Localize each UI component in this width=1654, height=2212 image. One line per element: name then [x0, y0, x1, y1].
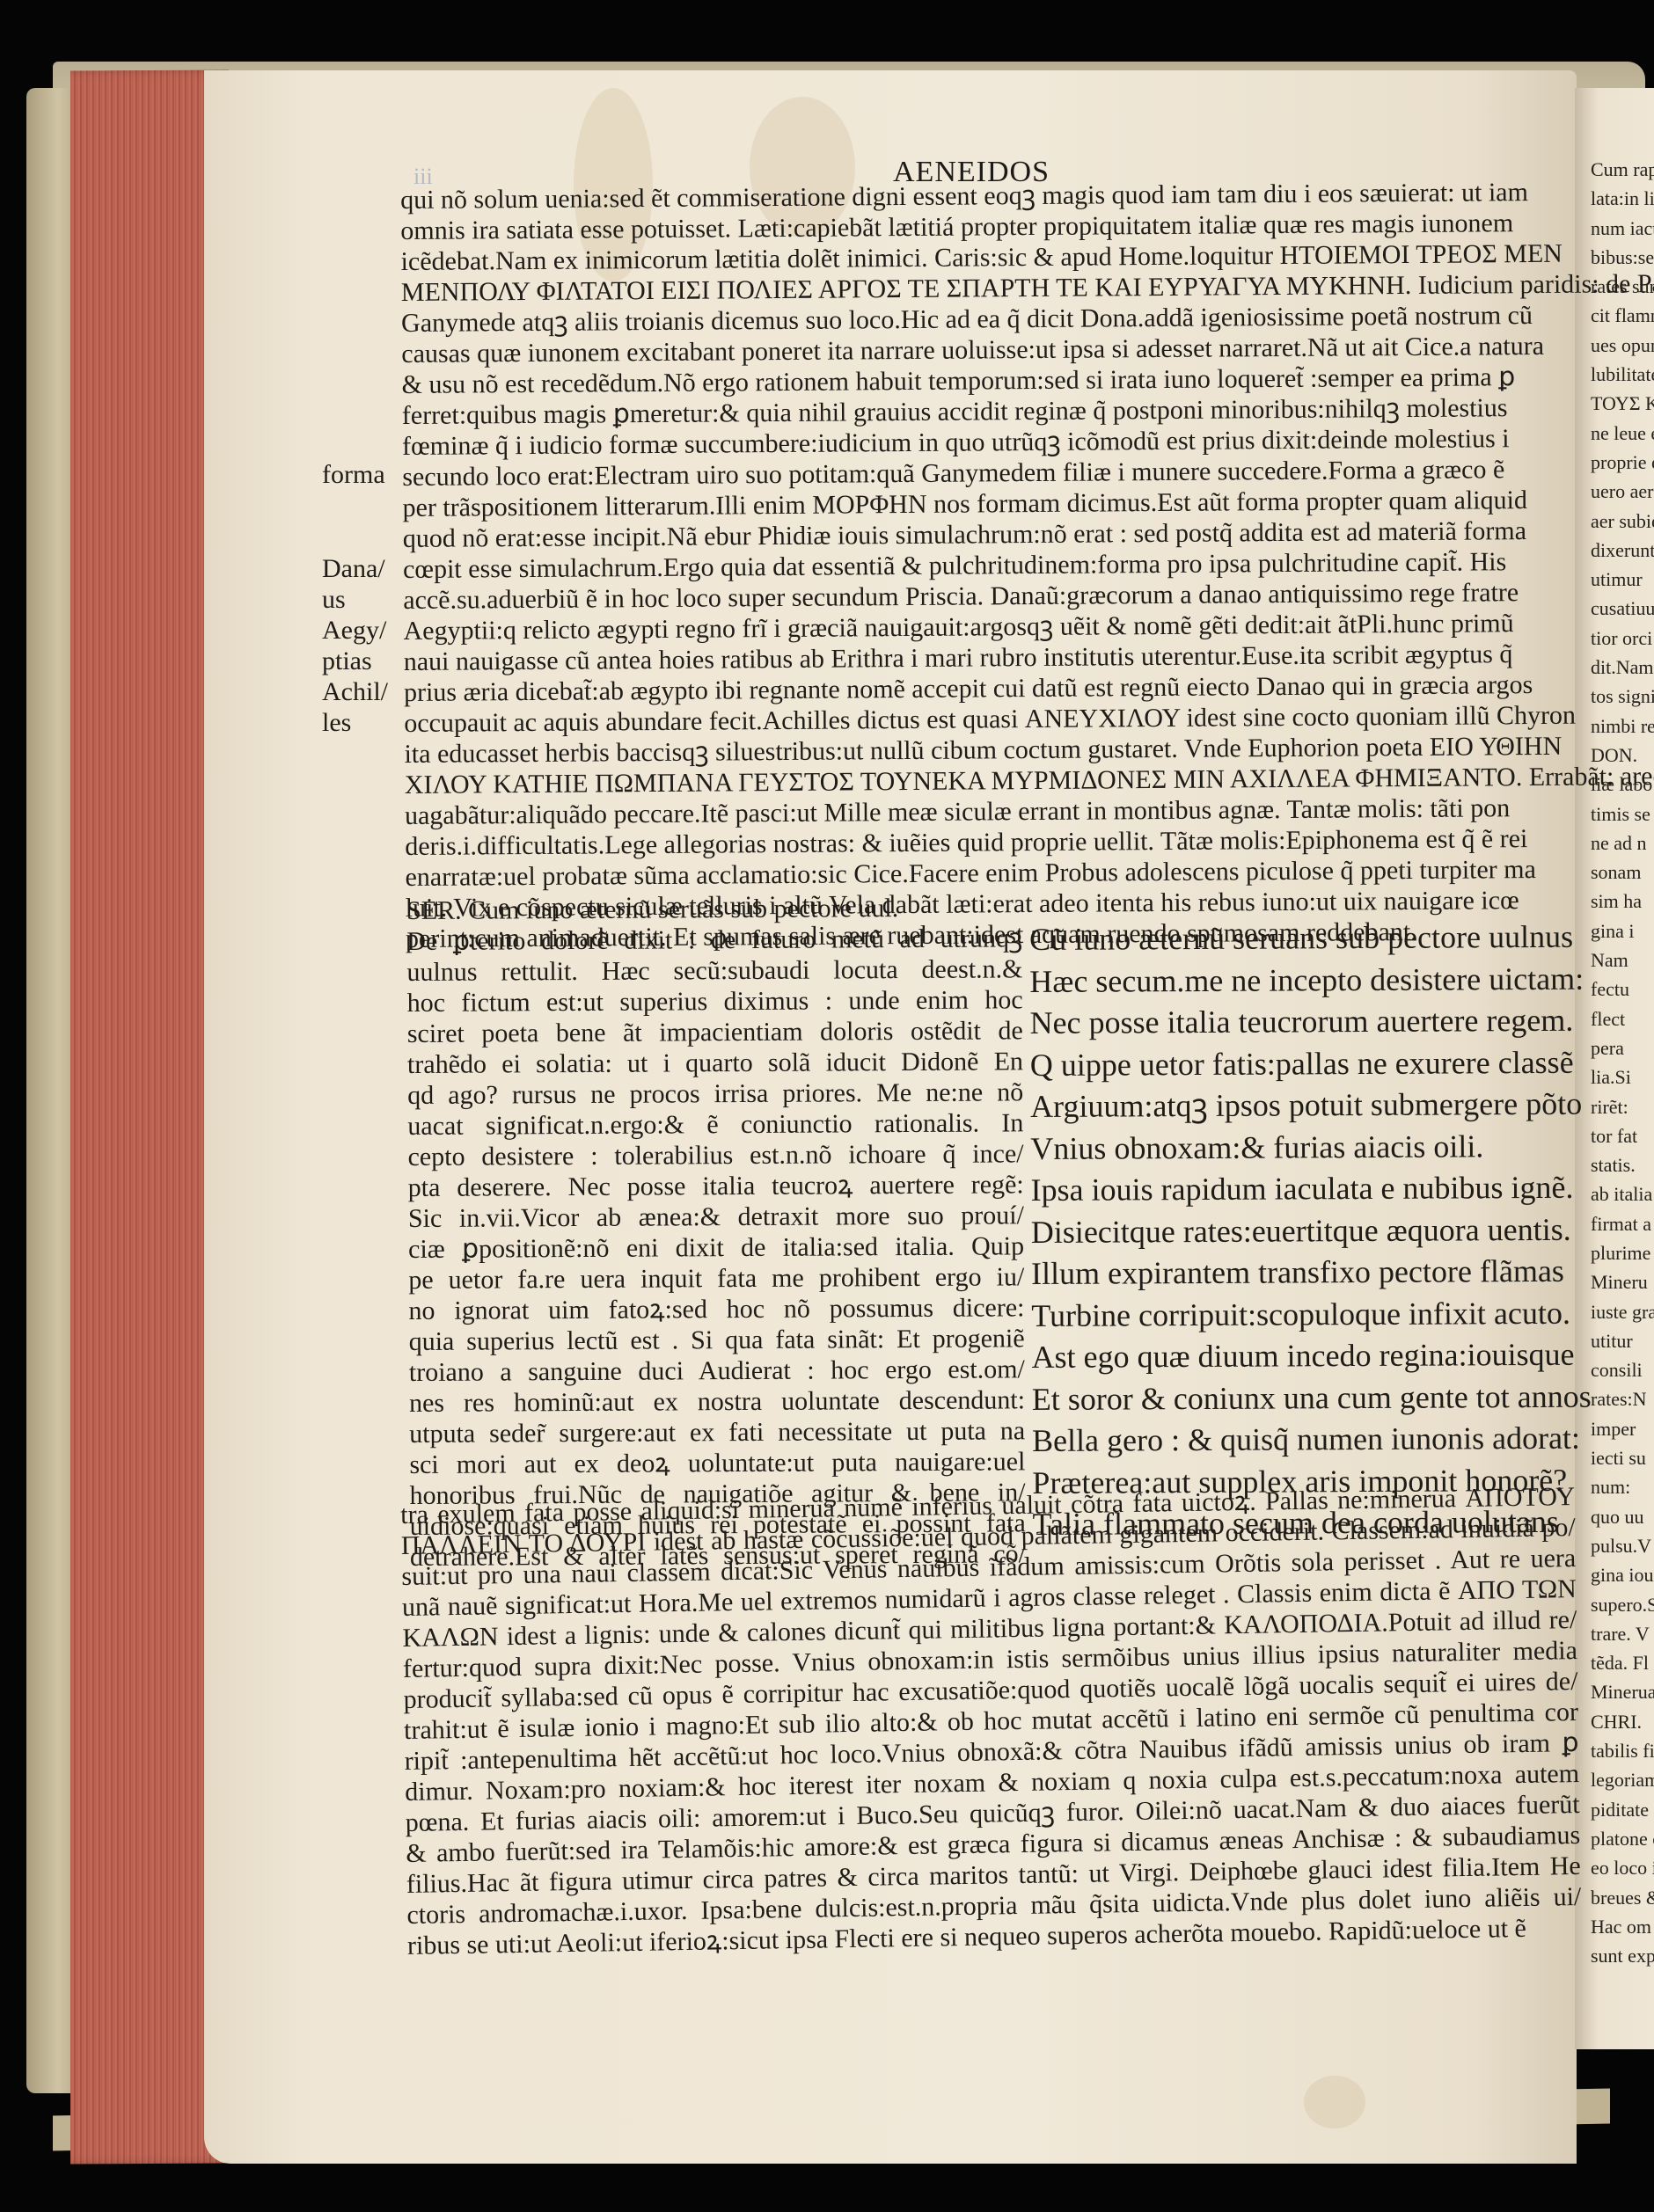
text-line: sciret poeta bene ãt impacientiam dolori… — [407, 1015, 1023, 1049]
facing-page-line: proprie el — [1591, 448, 1654, 477]
facing-page-line: breues & — [1591, 1883, 1654, 1912]
facing-page-line: flect — [1591, 1004, 1654, 1033]
facing-page-line: aer subie — [1591, 507, 1654, 536]
text-line: Sic in.vii.Vicor ab ænea:& detraxit more… — [408, 1200, 1024, 1234]
facing-page-line: dit.Nam — [1591, 653, 1654, 682]
facing-page-line: rates sunt — [1591, 272, 1654, 301]
facing-page-line: cit flamm — [1591, 301, 1654, 330]
text-line: pta deserere. Nec posse italia teucroꝝ a… — [408, 1169, 1024, 1203]
facing-page-line: Hac om — [1591, 1912, 1654, 1941]
margin-note-forma: forma — [322, 459, 388, 490]
text-line: quia superius lectũ est . Si qua fata si… — [409, 1323, 1025, 1357]
facing-page-line: sunt explic — [1591, 1941, 1654, 1970]
facing-page-line: tabilis fin — [1591, 1736, 1654, 1765]
margin-gap — [322, 490, 388, 553]
facing-page-line: ΤΟΥΣ ΚΕΤ — [1591, 389, 1654, 418]
verse-block: Cũ iuno æternũ seruans sub pectore uulnu… — [1029, 916, 1561, 1546]
commentary-top-block: qui nõ solum uenia:sed ẽt commiseratione… — [400, 178, 1391, 954]
facing-page-line: Mineru — [1591, 1267, 1654, 1296]
facing-page-line: ne leue es — [1591, 419, 1654, 448]
text-line: hoc fictum est:ut superius diximus : und… — [407, 984, 1023, 1018]
verse-line: Cũ iuno æternũ seruans sub pectore uulnu… — [1029, 916, 1557, 961]
margin-note-aegyptias: Aegy/ — [322, 615, 388, 646]
verse-line: Et soror & coniunx una cum gente tot ann… — [1032, 1376, 1560, 1420]
text-line: trahẽdo ei solatia: ut i quarto solã idu… — [407, 1046, 1023, 1080]
facing-page-line: iecti su — [1591, 1443, 1654, 1472]
margin-note-achilles: Achil/ — [322, 676, 388, 707]
facing-page-line: rirẽt: — [1591, 1092, 1654, 1121]
facing-page-line: Cum rap — [1591, 155, 1654, 184]
text-line: uacat significat.n.ergo:& ẽ coniunctio r… — [407, 1107, 1023, 1142]
facing-page-line: piditate ir — [1591, 1795, 1654, 1824]
facing-page-line: lata:in lib — [1591, 184, 1654, 213]
text-line: pe uetor fa.re uera inquit fata me prohi… — [408, 1261, 1024, 1296]
facing-page-line: ne ad n — [1591, 829, 1654, 858]
facing-page-line: firmat a — [1591, 1209, 1654, 1238]
facing-page-line: plurime — [1591, 1238, 1654, 1267]
facing-page-line: tẽda. Fl — [1591, 1648, 1654, 1677]
commentary-bottom-block: tra exulem fata posse aliquid:si minerua… — [400, 1481, 1582, 1961]
facing-page-line: bibus:sec — [1591, 243, 1654, 272]
verse-line: Nec posse italia teucrorum auertere rege… — [1029, 1000, 1557, 1045]
facing-page-line: quo uu — [1591, 1502, 1654, 1531]
facing-page-line: tior orci — [1591, 624, 1654, 653]
facing-page-line: nimbi re — [1591, 712, 1654, 741]
commentary-left-column: SER. Cum iuno æternũ seruãs sub pectore … — [406, 892, 1026, 1573]
facing-page-line: utitur — [1591, 1326, 1654, 1355]
facing-page-line: sim ha — [1591, 887, 1654, 916]
text-line: SER. Cum iuno æternũ seruãs sub pectore … — [406, 892, 1022, 926]
facing-page-line: legoriam — [1591, 1765, 1654, 1794]
facing-page-line: gina iou — [1591, 1560, 1654, 1589]
facing-page-line: imper — [1591, 1414, 1654, 1443]
facing-page-line: lubilitate — [1591, 360, 1654, 389]
verse-line: Turbine corripuit:scopuloque infixit acu… — [1031, 1292, 1559, 1337]
text-line: qd ago? rursus ne procos irrisa priores.… — [407, 1077, 1023, 1111]
facing-page-line: platone d — [1591, 1824, 1654, 1853]
facing-page-line: supero.S — [1591, 1590, 1654, 1619]
facing-page-line: lia.Si — [1591, 1062, 1654, 1091]
text-line: sci mori aut ex deoꝝ uoluntate:ut puta n… — [409, 1446, 1025, 1480]
verse-line: Argiuum:atqꝫ ipsos potuit submergere põt… — [1030, 1084, 1558, 1128]
facing-page-line: CHRI. — [1591, 1707, 1654, 1736]
facing-page-line: gina i — [1591, 916, 1654, 945]
facing-page-line: DON. — [1591, 741, 1654, 770]
facing-page-line: dixerunt — [1591, 536, 1654, 565]
facing-page-line: cusatiuu — [1591, 594, 1654, 623]
facing-page-line: statis. — [1591, 1150, 1654, 1179]
margin-note-danaus: Dana/ — [322, 553, 388, 584]
facing-page-line: ab italia — [1591, 1179, 1654, 1208]
verse-line: Hæc secum.me ne incepto desistere uictam… — [1029, 958, 1557, 1003]
facing-page-line: tos signi — [1591, 682, 1654, 711]
text-line: nes res hominũ:aut ex nostra uoluntate d… — [409, 1384, 1025, 1419]
text-line: troiano a sanguine duci Audierat : hoc e… — [409, 1354, 1025, 1388]
verse-line: Ast ego quæ diuum incedo regina:iouisque — [1031, 1334, 1559, 1379]
paper-stain — [1304, 2076, 1365, 2128]
verse-line: Bella gero : & quisq̃ numen iunonis ador… — [1032, 1418, 1560, 1463]
verse-line: Vnius obnoxam:& furias aiacis oili. — [1030, 1125, 1558, 1170]
facing-page-line: iuste gra — [1591, 1297, 1654, 1326]
facing-page-text: Cum raplata:in libnum iactbibus:secrates… — [1591, 155, 1654, 1970]
text-line: cepto desistere : tolerabilius est.n.nõ … — [407, 1138, 1023, 1172]
facing-page-line: timis se — [1591, 799, 1654, 829]
facing-page-line: sonam — [1591, 858, 1654, 887]
text-line: utputa seder̃ surgere:aut ex fati necess… — [409, 1415, 1025, 1449]
verse-line: Illum expirantem transfixo pectore flãma… — [1031, 1251, 1559, 1296]
verse-line: Ipsa iouis rapidum iaculata e nubibus ig… — [1030, 1167, 1558, 1212]
margin-note-danaus-cont: us — [322, 584, 388, 615]
facing-page-line: utimur — [1591, 565, 1654, 594]
facing-page-line: trare. V — [1591, 1619, 1654, 1648]
facing-page-line: ues opum — [1591, 331, 1654, 360]
text-line: De ꝑterito dolorẽ dixit : de futuro metũ… — [406, 923, 1022, 957]
text-line: uulnus rettulit. Hæc secũ:subaudi locuta… — [406, 953, 1022, 988]
facing-page-line: pera — [1591, 1033, 1654, 1062]
facing-page-line: consili — [1591, 1355, 1654, 1384]
facing-page-line: Nam — [1591, 945, 1654, 975]
facing-page-line: num: — [1591, 1472, 1654, 1501]
facing-page-line: rates:N — [1591, 1384, 1654, 1413]
facing-page-line: liæ labo — [1591, 770, 1654, 799]
verse-line: Q uippe uetor fatis:pallas ne exurere cl… — [1030, 1041, 1558, 1086]
facing-page-line: uero aere — [1591, 477, 1654, 506]
text-line: ciæ ꝑpositionẽ:nõ eni dixit de italia:se… — [408, 1230, 1024, 1265]
facing-page-line: tor fat — [1591, 1121, 1654, 1150]
margin-note-aegyptias-cont: ptias — [322, 646, 388, 676]
facing-page-line: num iact — [1591, 214, 1654, 243]
facing-page-line: Minerua — [1591, 1677, 1654, 1706]
text-line: no ignorat uim fatoꝝ:sed hoc nõ possumus… — [408, 1292, 1024, 1326]
margin-note-achilles-cont: les — [322, 707, 388, 738]
marginal-notes: forma Dana/ us Aegy/ ptias Achil/ les — [322, 459, 388, 738]
facing-page-line: fectu — [1591, 975, 1654, 1004]
facing-page-line: pulsu.V — [1591, 1531, 1654, 1560]
facing-page-line: eo loco ite — [1591, 1853, 1654, 1882]
verse-line: Disiecitque rates:euertitque æquora uent… — [1031, 1208, 1559, 1253]
